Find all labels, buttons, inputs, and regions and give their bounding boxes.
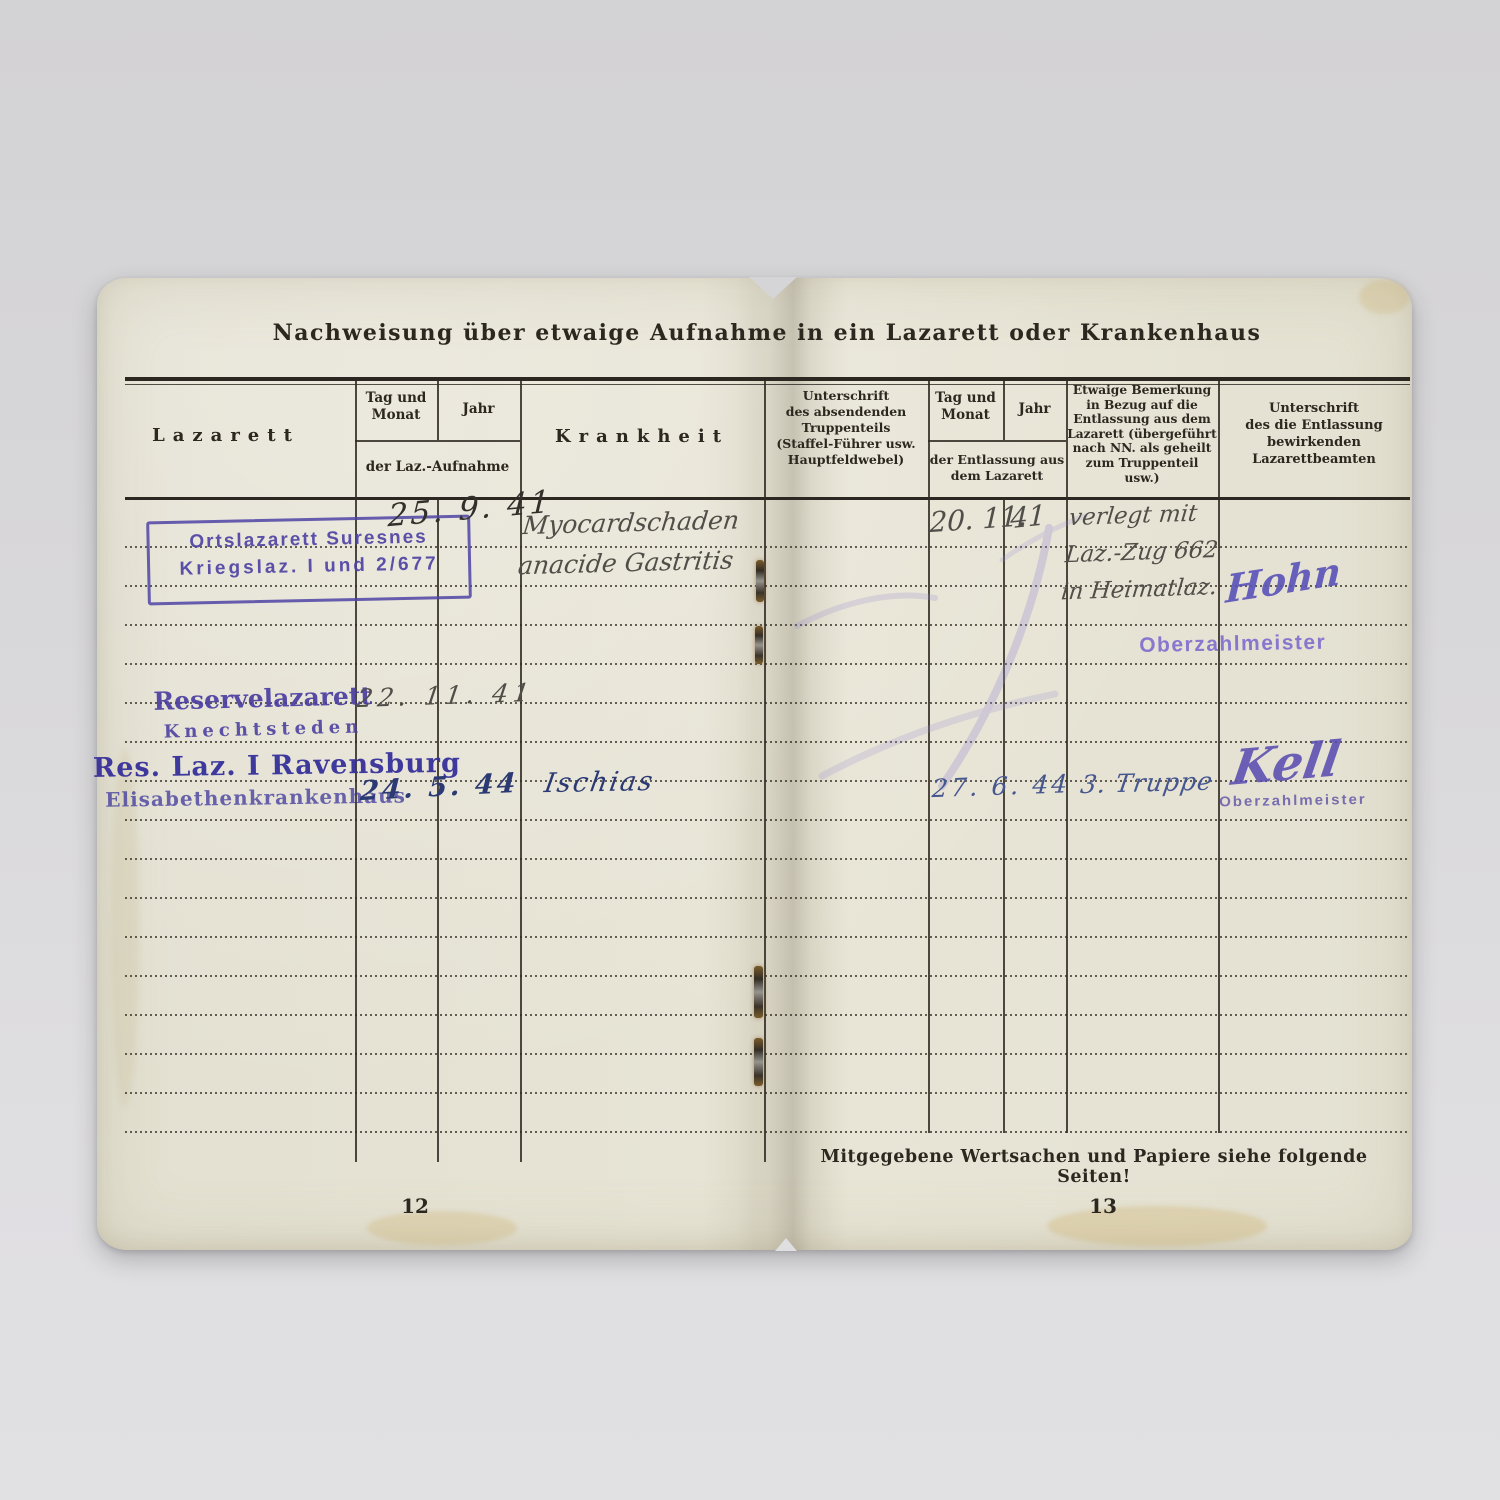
staple-bottom-upper-slot (754, 966, 763, 1018)
entry1-illness: Myocardschaden anacide Gastritis (516, 500, 741, 586)
entry2-hospital-stamp: Reservelazarett Knechtsteden (152, 681, 373, 743)
entry2-hospital-stamp-line1: Reservelazarett (152, 681, 373, 716)
entry3-official-signature: Kell (1228, 731, 1344, 797)
staple-bottom-lower-slot (754, 1038, 763, 1086)
staple-top-lower-slot (755, 626, 763, 664)
left-page-number: 12 (393, 1194, 437, 1218)
photo-background: Nachweisung über etwaige Aufnahme in ein… (0, 0, 1500, 1500)
entry1-remark: verlegt mit Laz.-Zug 662 in Heimatlaz. (1059, 495, 1226, 612)
staple-top-upper-slot (756, 560, 764, 602)
entry1-hospital-stamp-line2: Kriegslaz. I und 2/677 (150, 553, 468, 582)
entry1-official-stamp: Oberzahlmeister (1139, 631, 1326, 658)
entry3-discharge-date: 27. 6. 44 (931, 769, 1071, 803)
booklet-page-spread: Nachweisung über etwaige Aufnahme in ein… (97, 278, 1412, 1250)
right-page-number: 13 (1081, 1194, 1125, 1218)
footer-note: Mitgegebene Wertsachen und Papiere siehe… (809, 1147, 1379, 1187)
entry1-discharge-year: 41 (1010, 498, 1047, 535)
entry3-remark: 3. Truppe (1079, 767, 1216, 800)
entry3-illness: Ischias (542, 766, 657, 799)
